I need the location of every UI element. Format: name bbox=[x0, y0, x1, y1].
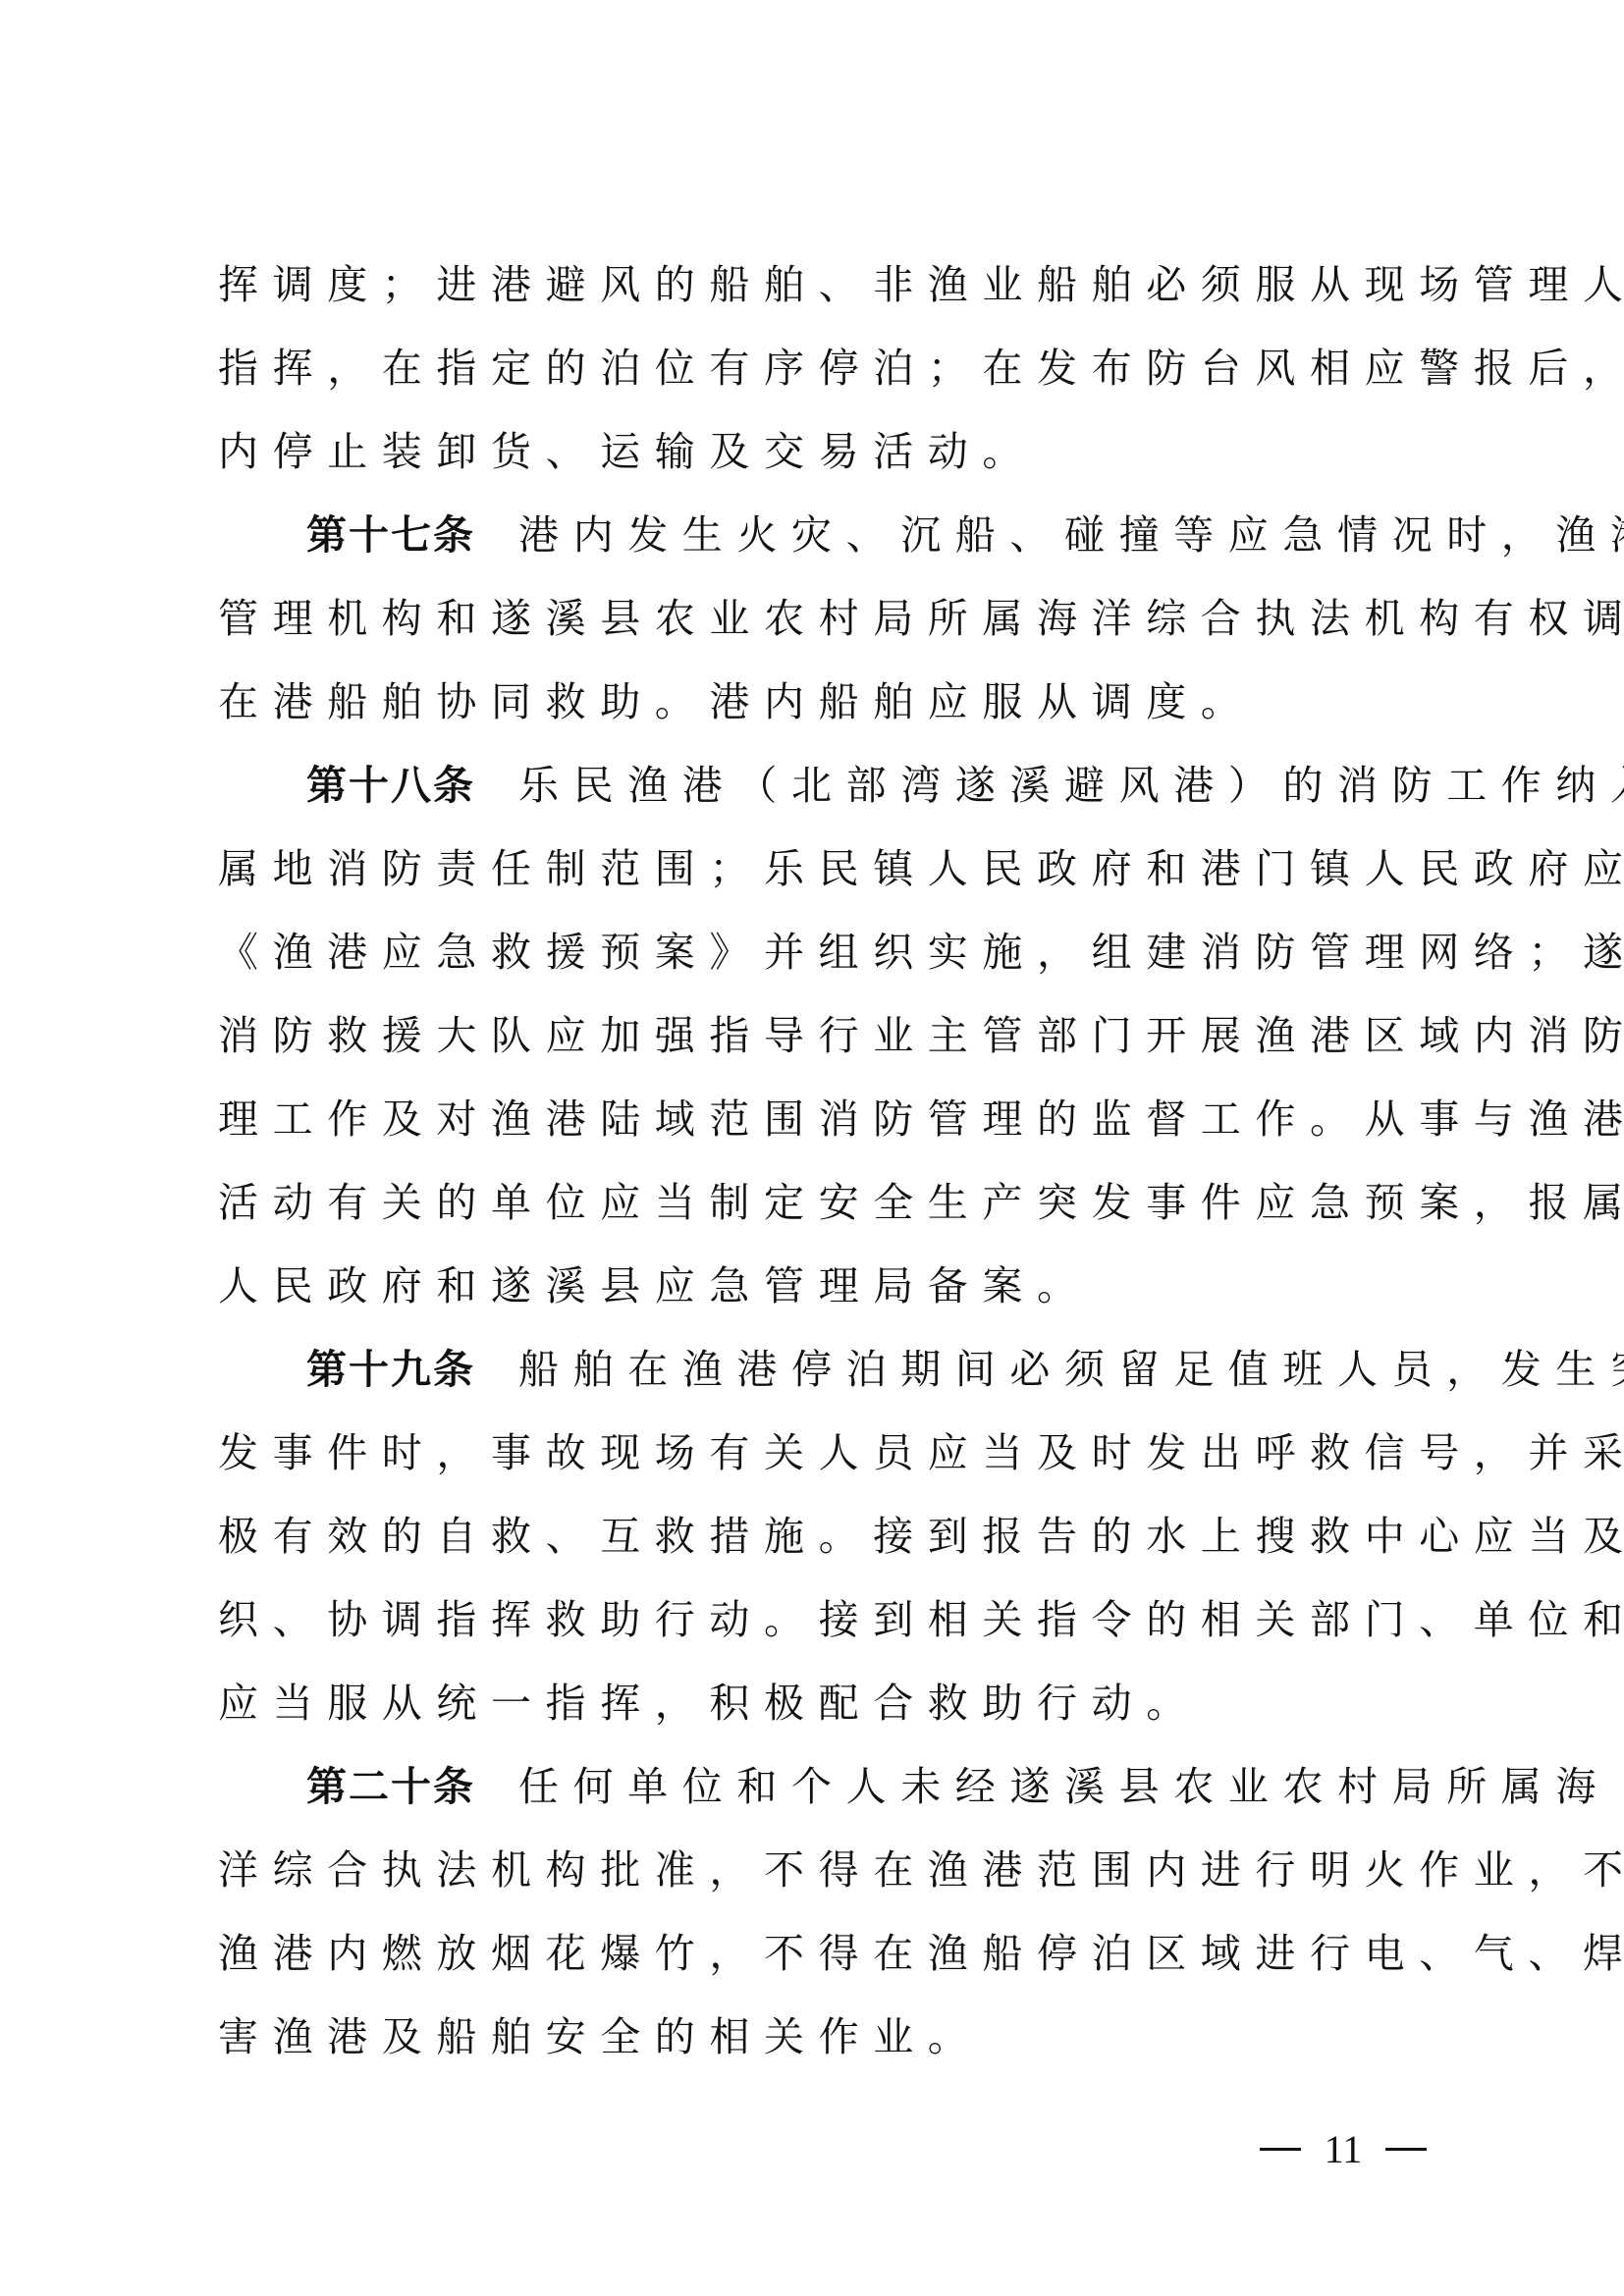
text-line: 《渔港应急救援预案》并组织实施，组建消防管理网络；遂溪县 bbox=[218, 911, 1422, 994]
article-heading: 第十九条 bbox=[306, 1346, 475, 1393]
article-19: 第十九条船舶在渔港停泊期间必须留足值班人员，发生突 发事件时，事故现场有关人员应… bbox=[218, 1328, 1422, 1745]
article-heading: 第二十条 bbox=[306, 1763, 475, 1810]
article-heading: 第十八条 bbox=[306, 762, 475, 809]
text-line: 理工作及对渔港陆域范围消防管理的监督工作。从事与渔港经营 bbox=[218, 1078, 1422, 1161]
text-line: 在港船舶协同救助。港内船舶应服从调度。 bbox=[218, 661, 1422, 744]
text-line: 渔港内燃放烟花爆竹，不得在渔船停泊区域进行电、气、焊等危 bbox=[218, 1912, 1422, 1996]
article-17: 第十七条港内发生火灾、沉船、碰撞等应急情况时，渔港 管理机构和遂溪县农业农村局所… bbox=[218, 494, 1422, 744]
text-line: 内停止装卸货、运输及交易活动。 bbox=[218, 410, 1422, 494]
text-line: 害渔港及船舶安全的相关作业。 bbox=[218, 1996, 1422, 2079]
text-line: 应当服从统一指挥，积极配合救助行动。 bbox=[218, 1662, 1422, 1745]
text-line: 管理机构和遂溪县农业农村局所属海洋综合执法机构有权调度 bbox=[218, 577, 1422, 661]
document-body: 挥调度；进港避风的船舶、非渔业船舶必须服从现场管理人员的 指挥，在指定的泊位有序… bbox=[218, 243, 1422, 2079]
article-text: 任何单位和个人未经遂溪县农业农村局所属海 bbox=[518, 1763, 1610, 1810]
article-text: 船舶在渔港停泊期间必须留足值班人员，发生突 bbox=[518, 1346, 1624, 1393]
page-number-value: 11 bbox=[1325, 2126, 1363, 2172]
text-line: 人民政府和遂溪县应急管理局备案。 bbox=[218, 1245, 1422, 1328]
text-line: 活动有关的单位应当制定安全生产突发事件应急预案，报属地镇 bbox=[218, 1161, 1422, 1245]
paragraph-continuation: 挥调度；进港避风的船舶、非渔业船舶必须服从现场管理人员的 指挥，在指定的泊位有序… bbox=[218, 243, 1422, 494]
article-text: 乐民渔港（北部湾遂溪避风港）的消防工作纳入 bbox=[518, 762, 1624, 809]
text-line: 挥调度；进港避风的船舶、非渔业船舶必须服从现场管理人员的 bbox=[218, 243, 1422, 327]
text-line: 属地消防责任制范围；乐民镇人民政府和港门镇人民政府应制定 bbox=[218, 828, 1422, 911]
article-text: 港内发生火灾、沉船、碰撞等应急情况时，渔港 bbox=[518, 511, 1624, 559]
page-number-dash-right bbox=[1385, 2148, 1427, 2151]
text-line-first: 第十九条船舶在渔港停泊期间必须留足值班人员，发生突 bbox=[218, 1328, 1422, 1412]
page-number-dash-left bbox=[1260, 2148, 1301, 2151]
text-line-first: 第二十条任何单位和个人未经遂溪县农业农村局所属海 bbox=[218, 1745, 1422, 1829]
text-line: 织、协调指挥救助行动。接到相关指令的相关部门、单位和船舶 bbox=[218, 1578, 1422, 1662]
article-heading: 第十七条 bbox=[306, 511, 475, 559]
text-line: 洋综合执法机构批准，不得在渔港范围内进行明火作业，不得在 bbox=[218, 1829, 1422, 1912]
text-line: 消防救援大队应加强指导行业主管部门开展渔港区域内消防管 bbox=[218, 994, 1422, 1078]
article-18: 第十八条乐民渔港（北部湾遂溪避风港）的消防工作纳入 属地消防责任制范围；乐民镇人… bbox=[218, 744, 1422, 1328]
text-line: 发事件时，事故现场有关人员应当及时发出呼救信号，并采取积 bbox=[218, 1412, 1422, 1495]
text-line: 指挥，在指定的泊位有序停泊；在发布防台风相应警报后，港区 bbox=[218, 327, 1422, 410]
document-page: 挥调度；进港避风的船舶、非渔业船舶必须服从现场管理人员的 指挥，在指定的泊位有序… bbox=[0, 0, 1624, 2296]
text-line-first: 第十七条港内发生火灾、沉船、碰撞等应急情况时，渔港 bbox=[218, 494, 1422, 577]
page-number: 11 bbox=[1260, 2126, 1427, 2171]
text-line: 极有效的自救、互救措施。接到报告的水上搜救中心应当及时组 bbox=[218, 1495, 1422, 1578]
article-20: 第二十条任何单位和个人未经遂溪县农业农村局所属海 洋综合执法机构批准，不得在渔港… bbox=[218, 1745, 1422, 2079]
text-line-first: 第十八条乐民渔港（北部湾遂溪避风港）的消防工作纳入 bbox=[218, 744, 1422, 828]
